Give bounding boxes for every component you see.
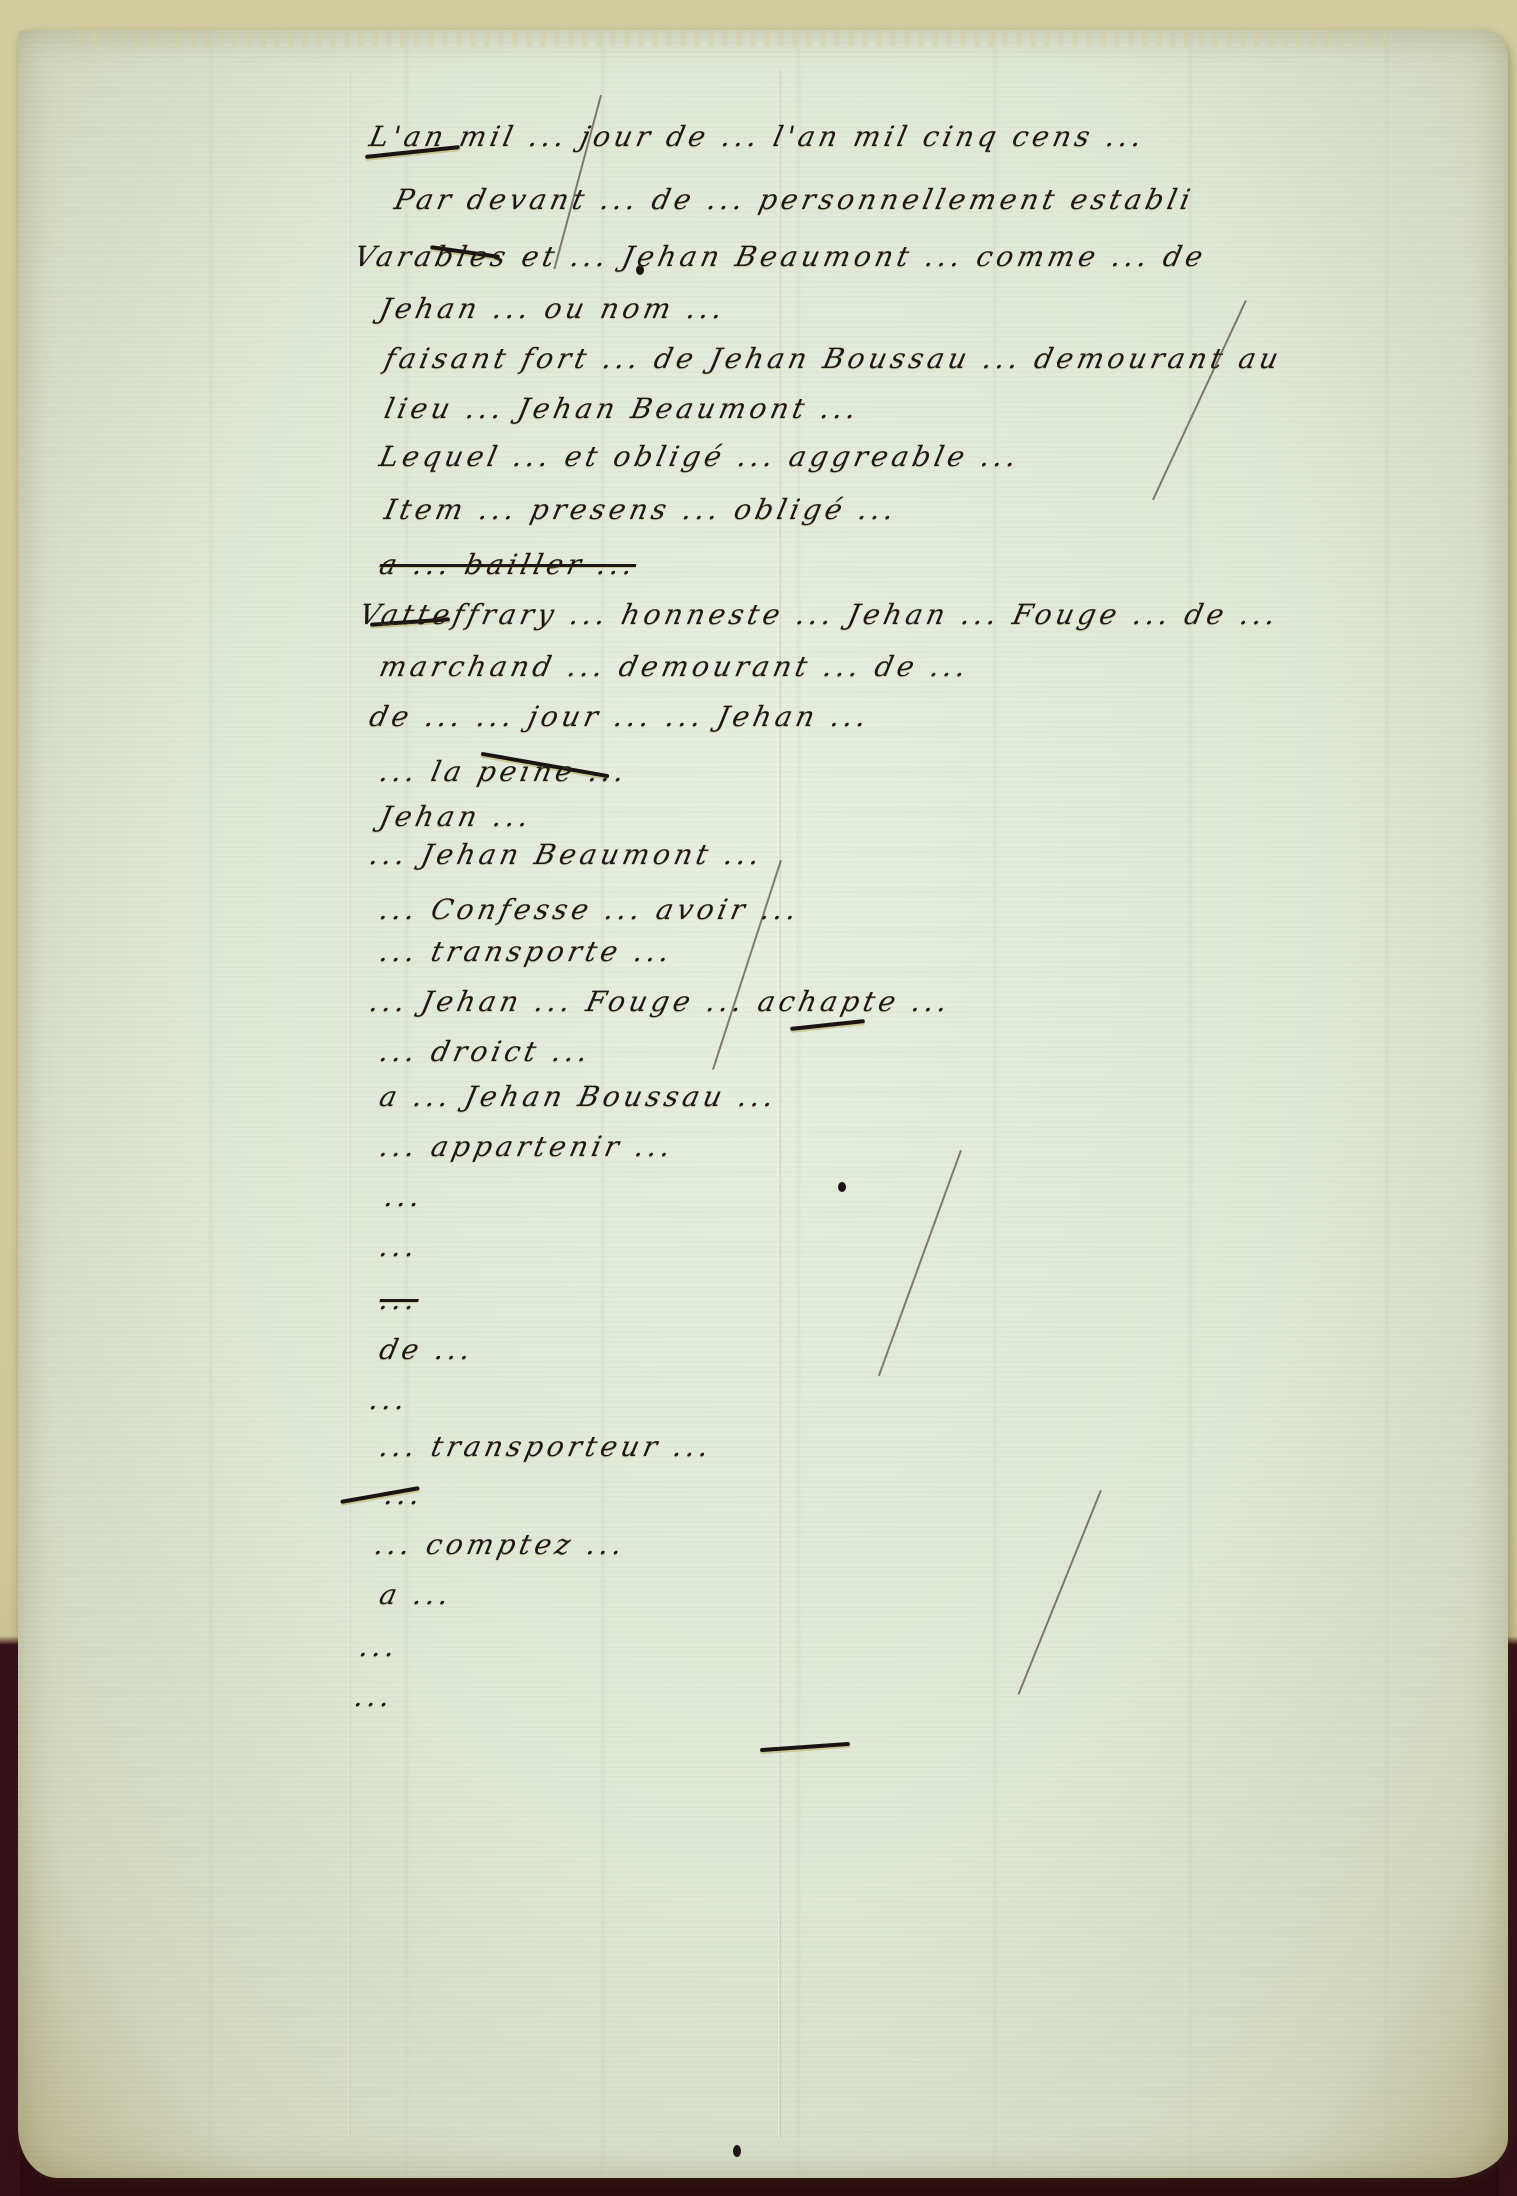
manuscript-line: ...	[351, 1680, 397, 1713]
manuscript-line: Par devant ... de ... personnellement es…	[391, 183, 1197, 216]
ink-flourish	[760, 1742, 850, 1752]
manuscript-line: de ... ... jour ... ... Jehan ...	[366, 700, 873, 733]
manuscript-line: L'an mil ... jour de ... l'an mil cinq c…	[366, 120, 1148, 153]
manuscript-line: ...	[376, 1283, 422, 1316]
manuscript-line: a ...	[376, 1578, 455, 1611]
manuscript-line: ...	[381, 1478, 427, 1511]
manuscript-line: ... Jehan ... Fouge ... achapte ...	[366, 985, 954, 1018]
manuscript-line: Jehan ...	[376, 800, 535, 833]
ascender-stroke	[878, 1150, 962, 1376]
manuscript-line: ... comptez ...	[371, 1528, 629, 1561]
manuscript-line: ... la peine ...	[376, 755, 631, 788]
manuscript-line: Varables et ... Jehan Beaumont ... comme…	[351, 240, 1209, 273]
manuscript-line: ... droict ...	[376, 1035, 594, 1068]
manuscript-line: ...	[376, 1230, 422, 1263]
manuscript-line: ...	[366, 1383, 412, 1416]
manuscript-line: Vatteffrary ... honneste ... Jehan ... F…	[356, 598, 1282, 631]
ink-blot	[733, 2145, 741, 2157]
ascender-stroke	[712, 860, 782, 1070]
manuscript-line: ...	[381, 1180, 427, 1213]
manuscript-line: Jehan ... ou nom ...	[376, 292, 729, 325]
manuscript-line: a ... bailler ...	[376, 548, 639, 581]
manuscript-line: marchand ... demourant ... de ...	[376, 650, 972, 683]
ink-blot	[838, 1182, 846, 1192]
manuscript-line: faisant fort ... de Jehan Boussau ... de…	[381, 342, 1285, 375]
handwritten-text-block: L'an mil ... jour de ... l'an mil cinq c…	[0, 0, 1517, 2196]
ink-flourish	[790, 1019, 865, 1031]
manuscript-line: a ... Jehan Boussau ...	[376, 1080, 780, 1113]
manuscript-line: ...	[356, 1630, 402, 1663]
manuscript-line: lieu ... Jehan Beaumont ...	[381, 392, 863, 425]
ascender-stroke	[1152, 300, 1247, 500]
manuscript-line: ... appartenir ...	[376, 1130, 677, 1163]
manuscript-line: Item ... presens ... obligé ...	[381, 493, 900, 526]
manuscript-line: ... transporte ...	[376, 935, 676, 968]
ascender-stroke	[1018, 1490, 1102, 1695]
manuscript-line: ... Jehan Beaumont ...	[366, 838, 766, 871]
manuscript-line: ... Confesse ... avoir ...	[376, 893, 803, 926]
manuscript-line: ... transporteur ...	[376, 1430, 715, 1463]
manuscript-line: Lequel ... et obligé ... aggreable ...	[376, 440, 1023, 473]
manuscript-line: de ...	[376, 1333, 477, 1366]
